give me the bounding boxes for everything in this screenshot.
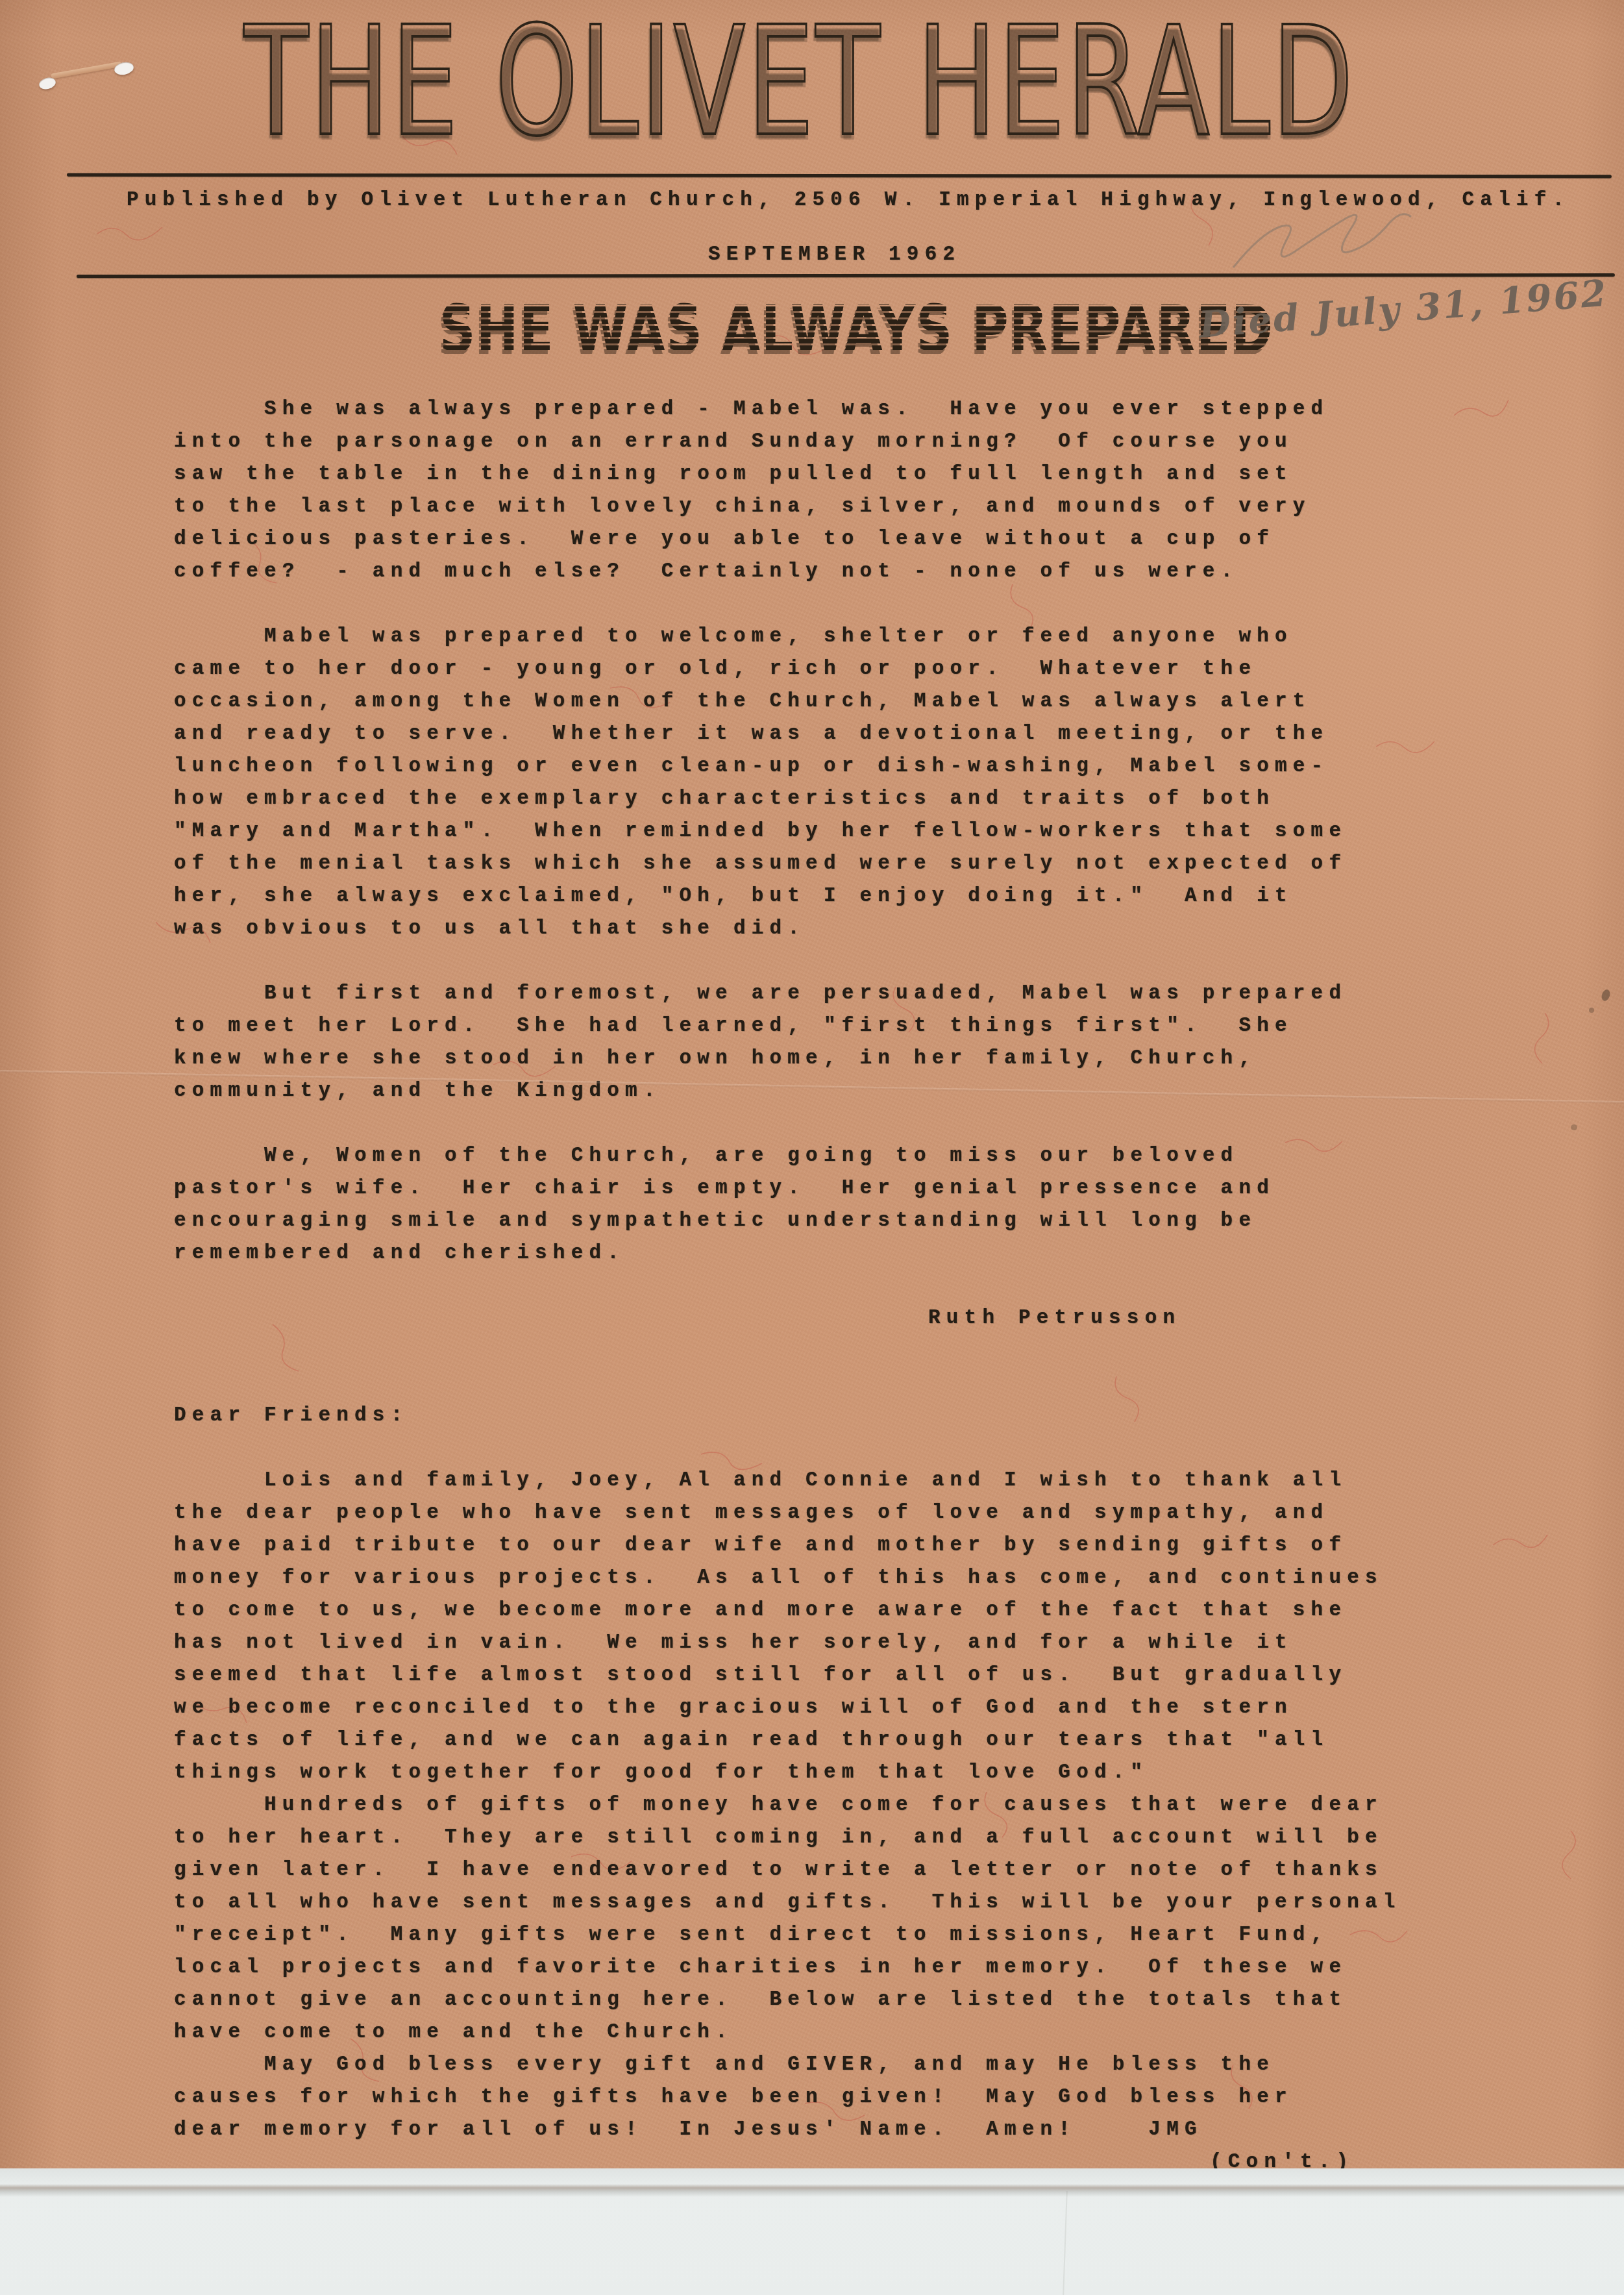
article-paragraph-1: She was always prepared - Mabel was. Hav… [174,393,1329,588]
publisher-line: Published by Olivet Lutheran Church, 250… [127,184,1570,217]
letter-salutation: Dear Friends: [174,1400,408,1432]
masthead-rule-top [67,173,1612,178]
paper-sheet: THE OLIVET HERALD Published by Olivet Lu… [0,0,1624,2194]
masthead-title: THE OLIVET HERALD [244,6,1355,157]
letter-paragraph-3: May God bless every gift and GIVER, and … [174,2049,1293,2146]
ink-smudge [1589,1008,1594,1013]
article-headline: SHE WAS ALWAYS PREPARED [439,293,1274,365]
ink-smudge [1600,988,1611,1002]
article-paragraph-4: We, Women of the Church, are going to mi… [174,1140,1275,1270]
article-paragraph-2: Mabel was prepared to welcome, shelter o… [174,621,1347,945]
scanner-background [0,2168,1624,2295]
article-signature: Ruth Petrusson [928,1302,1181,1335]
issue-date: SEPTEMBER 1962 [708,239,961,271]
staple-scratch [51,62,122,79]
letter-paragraph-1: Lois and family, Joey, Al and Connie and… [174,1465,1383,1789]
letter-paragraph-2: Hundreds of gifts of money have come for… [174,1789,1401,2049]
handwritten-annotation: Died July 31, 1962 [1198,271,1610,346]
masthead-rule-bottom [77,273,1615,278]
article-paragraph-3: But first and foremost, we are persuaded… [174,978,1347,1108]
scanned-newsletter-page: { "masthead": { "title": "THE OLIVET HER… [0,0,1624,2295]
ink-smudge [1571,1124,1577,1130]
